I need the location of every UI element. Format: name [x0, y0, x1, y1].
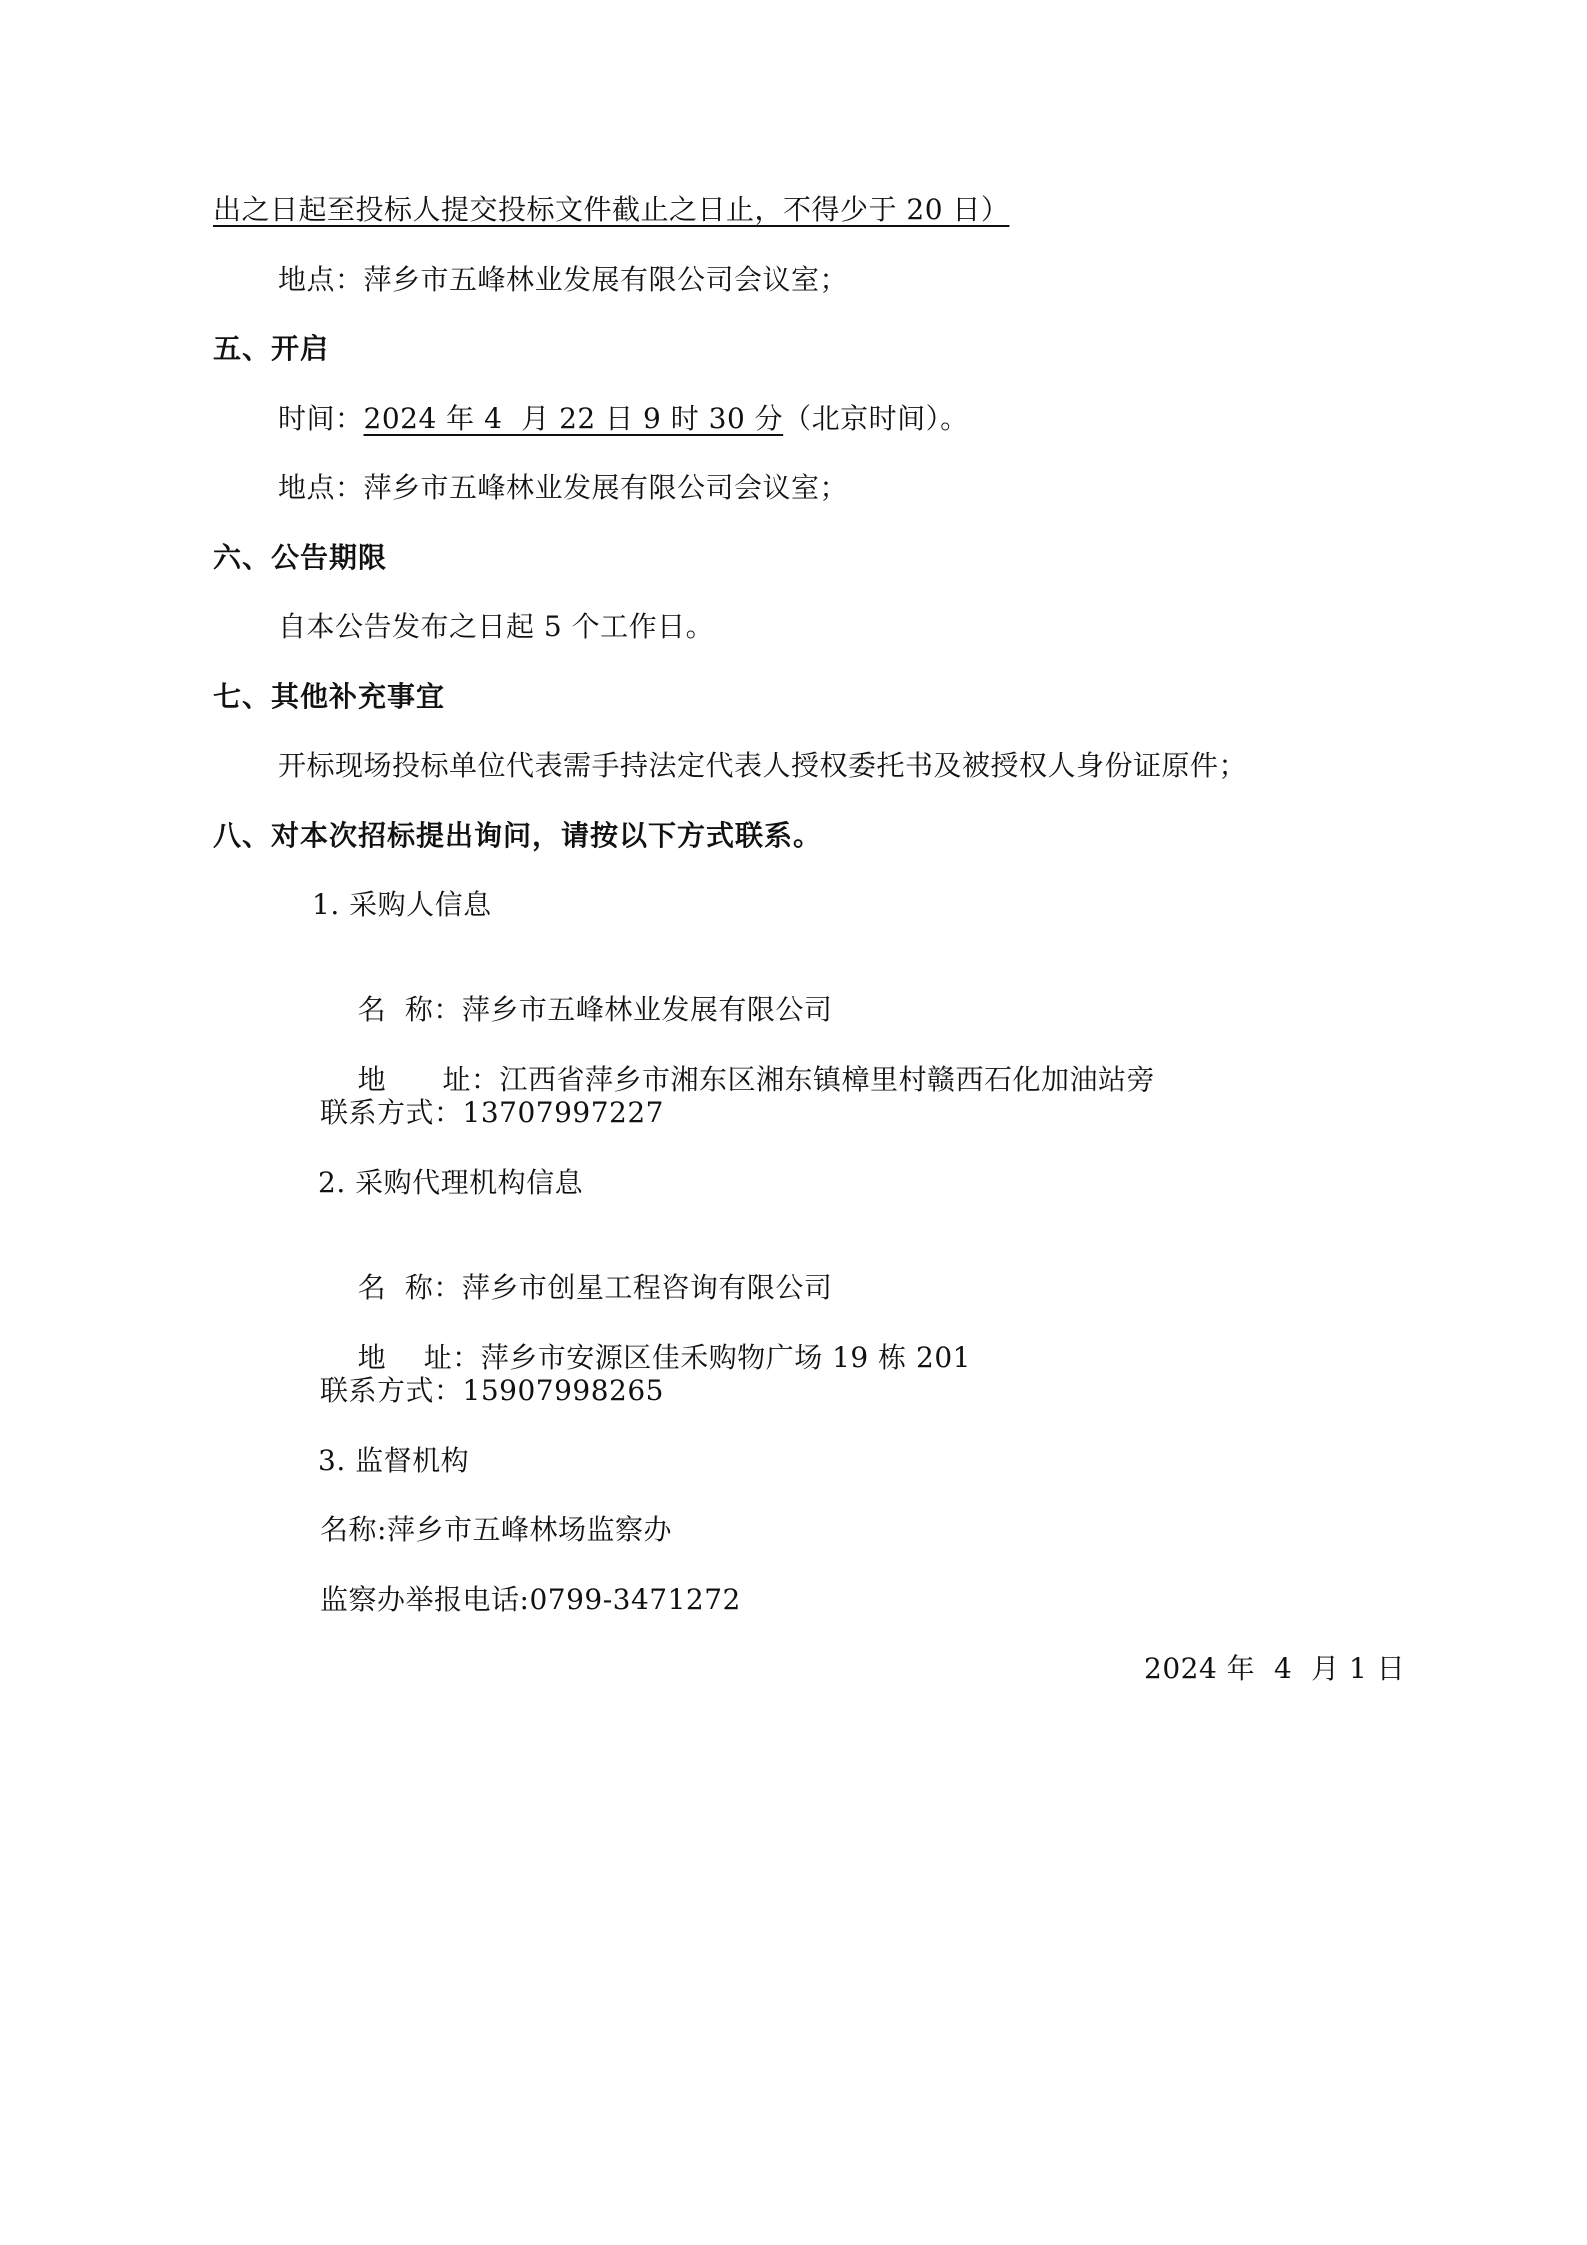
opening-location-line: 地点：萍乡市五峰林业发展有限公司会议室；	[278, 470, 848, 506]
opening-time-label: 时间：	[278, 402, 364, 435]
section8-heading: 八、对本次招标提出询问，请按以下方式联系。	[213, 818, 822, 854]
opening-location-label: 地点：	[278, 471, 364, 504]
notice-period-text: 自本公告发布之日起 5 个工作日。	[278, 609, 714, 645]
section7-heading: 七、其他补充事宜	[213, 679, 445, 715]
supervisor-phone: 0799-3471272	[529, 1583, 740, 1616]
agency-contact: 15907998265	[463, 1374, 664, 1407]
purchaser-contact: 13707997227	[463, 1096, 664, 1129]
supervisor-name-label: 名称:	[320, 1513, 387, 1546]
opening-time-value: 2024 年 4 月 22 日 9 时 30 分	[364, 402, 784, 435]
purchaser-address-label: 地 址：	[358, 1063, 500, 1096]
section6-heading: 六、公告期限	[213, 540, 387, 576]
agency-address: 萍乡市安源区佳禾购物广场 19 栋 201	[481, 1341, 971, 1374]
agency-contact-line: 联系方式：15907998265	[320, 1373, 664, 1409]
agency-title: 2. 采购代理机构信息	[318, 1165, 583, 1201]
document-date: 2024 年 4 月 1 日	[1144, 1651, 1405, 1687]
agency-contact-label: 联系方式：	[320, 1374, 463, 1407]
purchaser-contact-line: 联系方式：13707997227	[320, 1095, 664, 1131]
bid-deadline-continuation: 出之日起至投标人提交投标文件截止之日止，不得少于 20 日）	[213, 192, 1009, 228]
opening-location-value: 萍乡市五峰林业发展有限公司会议室；	[364, 471, 849, 504]
agency-name-label: 名 称：	[358, 1271, 462, 1304]
supervisor-name-line: 名称:萍乡市五峰林场监察办	[320, 1512, 672, 1548]
supervisor-name: 萍乡市五峰林场监察办	[387, 1513, 672, 1546]
supervisor-phone-line: 监察办举报电话:0799-3471272	[320, 1582, 741, 1618]
purchaser-title: 1. 采购人信息	[312, 887, 492, 923]
bid-location-value: 萍乡市五峰林业发展有限公司会议室；	[364, 263, 849, 296]
opening-time-suffix: （北京时间）。	[783, 402, 969, 435]
agency-address-label: 地 址：	[358, 1341, 481, 1374]
bid-location-label: 地点：	[278, 263, 364, 296]
agency-name: 萍乡市创星工程咨询有限公司	[462, 1271, 833, 1304]
supervisor-title: 3. 监督机构	[318, 1443, 469, 1479]
document-page: 出之日起至投标人提交投标文件截止之日止，不得少于 20 日） 地点：萍乡市五峰林…	[0, 0, 1587, 2245]
supplementary-text: 开标现场投标单位代表需手持法定代表人授权委托书及被授权人身份证原件；	[278, 748, 1247, 784]
purchaser-address: 江西省萍乡市湘东区湘东镇樟里村赣西石化加油站旁	[500, 1063, 1156, 1096]
purchaser-name-label: 名 称：	[358, 993, 462, 1026]
continuation-text: 出之日起至投标人提交投标文件截止之日止，不得少于 20 日）	[213, 193, 1009, 226]
supervisor-phone-label: 监察办举报电话:	[320, 1583, 529, 1616]
opening-time-line: 时间：2024 年 4 月 22 日 9 时 30 分（北京时间）。	[278, 401, 969, 437]
purchaser-contact-label: 联系方式：	[320, 1096, 463, 1129]
purchaser-name: 萍乡市五峰林业发展有限公司	[462, 993, 833, 1026]
bid-location-line: 地点：萍乡市五峰林业发展有限公司会议室；	[278, 262, 848, 298]
section5-heading: 五、开启	[213, 331, 329, 367]
